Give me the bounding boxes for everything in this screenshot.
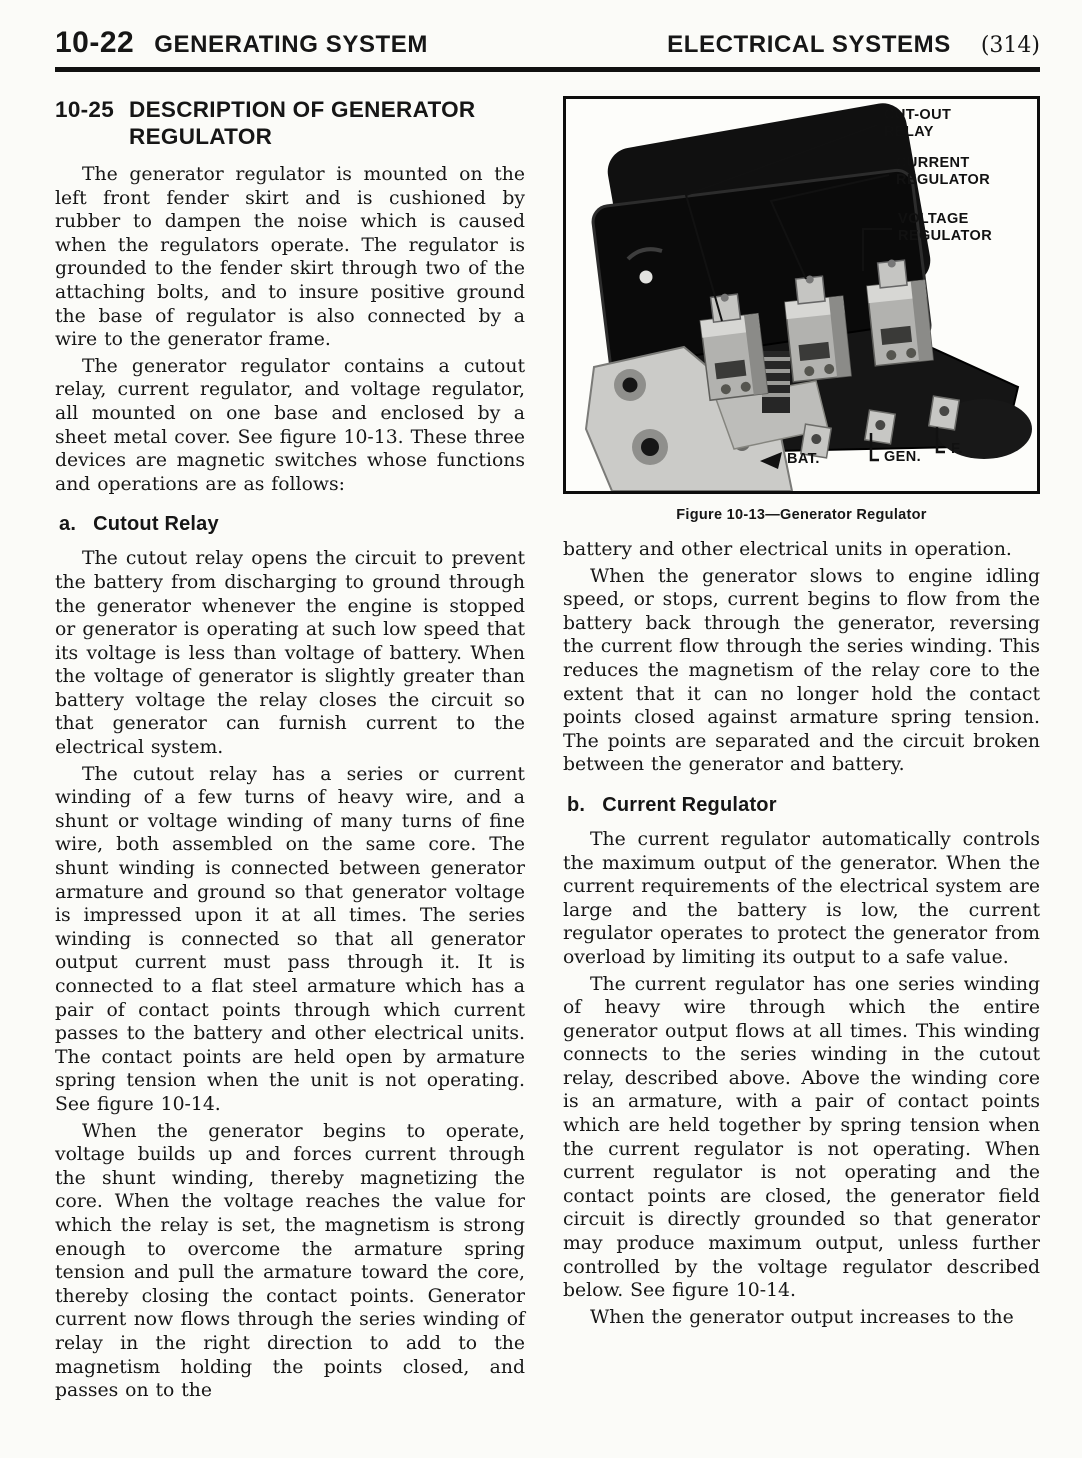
heading-title-line2: REGULATOR xyxy=(129,124,272,149)
cover-hole xyxy=(640,271,653,284)
manual-page: 10-22 GENERATING SYSTEM ELECTRICAL SYSTE… xyxy=(0,0,1082,1458)
paragraph: When the generator begins to operate, vo… xyxy=(55,1120,525,1403)
label-cutout-relay: CUT-OUT RELAY xyxy=(884,107,970,141)
subheading-title: Current Regulator xyxy=(602,794,777,817)
paragraph: When the generator output increases to t… xyxy=(563,1306,1040,1330)
paragraph: battery and other electrical units in op… xyxy=(563,538,1040,562)
header-right: ELECTRICAL SYSTEMS (314) xyxy=(667,31,1040,59)
figure-caption: Figure 10-13—Generator Regulator xyxy=(563,507,1040,523)
paragraph: The cutout relay opens the circuit to pr… xyxy=(55,547,525,759)
label-f: F. xyxy=(951,441,963,458)
label-bat: BAT. xyxy=(787,451,820,468)
heading-title: DESCRIPTION OF GENERATOR REGULATOR xyxy=(129,96,475,150)
paragraph: The generator regulator is mounted on th… xyxy=(55,163,525,352)
subheading-label: a. xyxy=(59,513,76,536)
heading-title-line1: DESCRIPTION OF GENERATOR xyxy=(129,97,475,122)
label-voltage-regulator: VOLTAGE REGULATOR xyxy=(898,211,998,245)
paragraph: The current regulator automatically cont… xyxy=(563,828,1040,970)
paragraph: The generator regulator contains a cutou… xyxy=(55,355,525,497)
paragraph: The current regulator has one series win… xyxy=(563,973,1040,1303)
label-gen: GEN. xyxy=(884,449,921,466)
right-column: CUT-OUT RELAY CURRENT REGULATOR VOLTAGE … xyxy=(563,96,1040,1406)
figure-10-13: CUT-OUT RELAY CURRENT REGULATOR VOLTAGE … xyxy=(563,96,1040,494)
subheading-a-cutout-relay: a. Cutout Relay xyxy=(59,513,525,536)
subheading-title: Cutout Relay xyxy=(93,513,219,536)
terminal-f xyxy=(929,396,959,430)
left-column: 10-25 DESCRIPTION OF GENERATOR REGULATOR… xyxy=(55,96,525,1406)
section-page-number: 10-22 xyxy=(55,26,134,60)
page-number: (314) xyxy=(981,33,1040,58)
paragraph: The cutout relay has a series or current… xyxy=(55,763,525,1117)
terminal-gen xyxy=(865,410,895,444)
heading-number: 10-25 xyxy=(55,96,114,150)
paragraph: When the generator slows to engine idlin… xyxy=(563,565,1040,777)
section-title: GENERATING SYSTEM xyxy=(154,31,428,59)
subheading-label: b. xyxy=(567,794,585,817)
page-header: 10-22 GENERATING SYSTEM ELECTRICAL SYSTE… xyxy=(55,26,1040,72)
subheading-b-current-regulator: b. Current Regulator xyxy=(567,794,1040,817)
label-current-regulator: CURRENT REGULATOR xyxy=(896,155,996,189)
two-column-body: 10-25 DESCRIPTION OF GENERATOR REGULATOR… xyxy=(55,96,1040,1406)
header-left: 10-22 GENERATING SYSTEM xyxy=(55,26,428,60)
chapter-title: ELECTRICAL SYSTEMS xyxy=(667,31,951,59)
heading-10-25: 10-25 DESCRIPTION OF GENERATOR REGULATOR xyxy=(55,96,525,150)
